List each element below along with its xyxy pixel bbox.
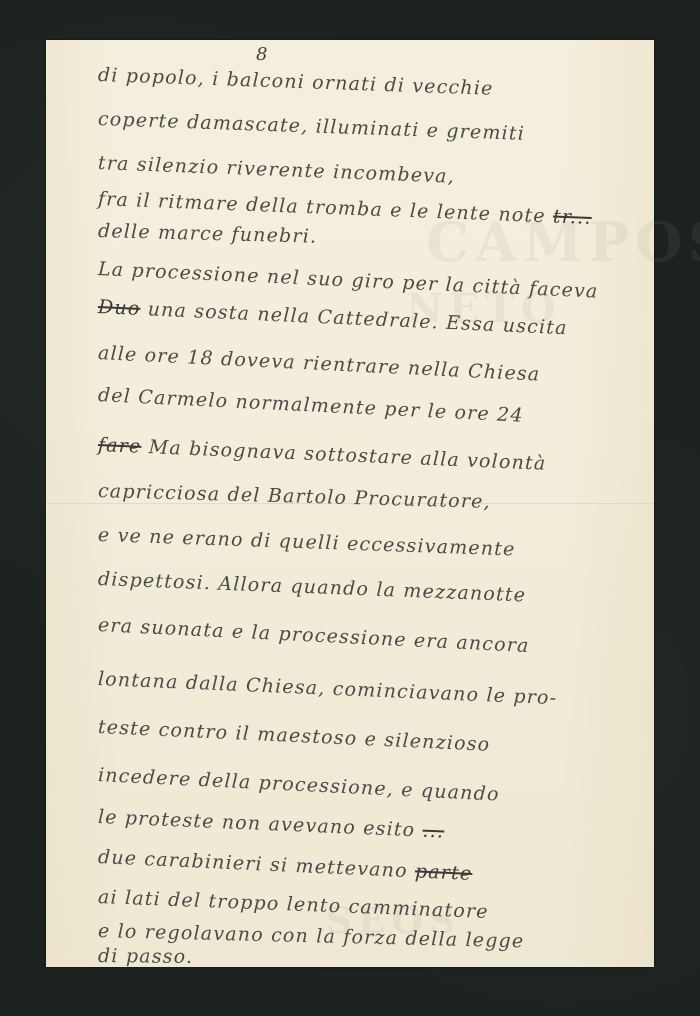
handwritten-line: tra silenzio riverente incombeva, bbox=[98, 152, 456, 188]
struck-word: ... bbox=[422, 820, 445, 843]
struck-word: parte bbox=[414, 860, 472, 885]
struck-word: tr... bbox=[553, 205, 593, 228]
handwritten-line: e ve ne erano di quelli eccessivamente bbox=[98, 524, 516, 561]
handwritten-line: di passo. bbox=[98, 945, 193, 968]
handwritten-line: era suonata e la processione era ancora bbox=[97, 614, 530, 657]
struck-word: fare bbox=[98, 434, 142, 458]
handwritten-line: fare Ma bisognava sottostare alla volont… bbox=[98, 434, 547, 475]
handwritten-line: ai lati del troppo lento camminatore bbox=[98, 886, 490, 923]
handwritten-line: delle marce funebri. bbox=[98, 220, 318, 248]
handwritten-line: le proteste non avevano esito ... bbox=[98, 806, 445, 842]
handwritten-line: capricciosa del Bartolo Procuratore, bbox=[98, 480, 491, 513]
handwritten-line: coperte damascate, illuminati e gremiti bbox=[98, 108, 526, 145]
handwritten-line: del Carmelo normalmente per le ore 24 bbox=[97, 384, 524, 427]
struck-word: Duo bbox=[98, 296, 141, 320]
handwritten-line: teste contro il maestoso e silenzioso bbox=[98, 716, 491, 756]
handwritten-line: lontana dalla Chiesa, cominciavano le pr… bbox=[98, 668, 558, 709]
handwritten-line: dispettosi. Allora quando la mezzanotte bbox=[98, 568, 527, 606]
handwritten-line: alle ore 18 doveva rientrare nella Chies… bbox=[97, 342, 540, 386]
handwritten-line: due carabinieri si mettevano parte bbox=[98, 846, 473, 885]
page-number: 8 bbox=[256, 44, 267, 65]
handwritten-line: incedere della processione, e quando bbox=[97, 764, 500, 806]
handwritten-line: di popolo, i balconi ornati di vecchie bbox=[98, 64, 494, 100]
manuscript-page: CAMPOS NETO SEOS 8 di popolo, i balconi … bbox=[46, 40, 654, 967]
